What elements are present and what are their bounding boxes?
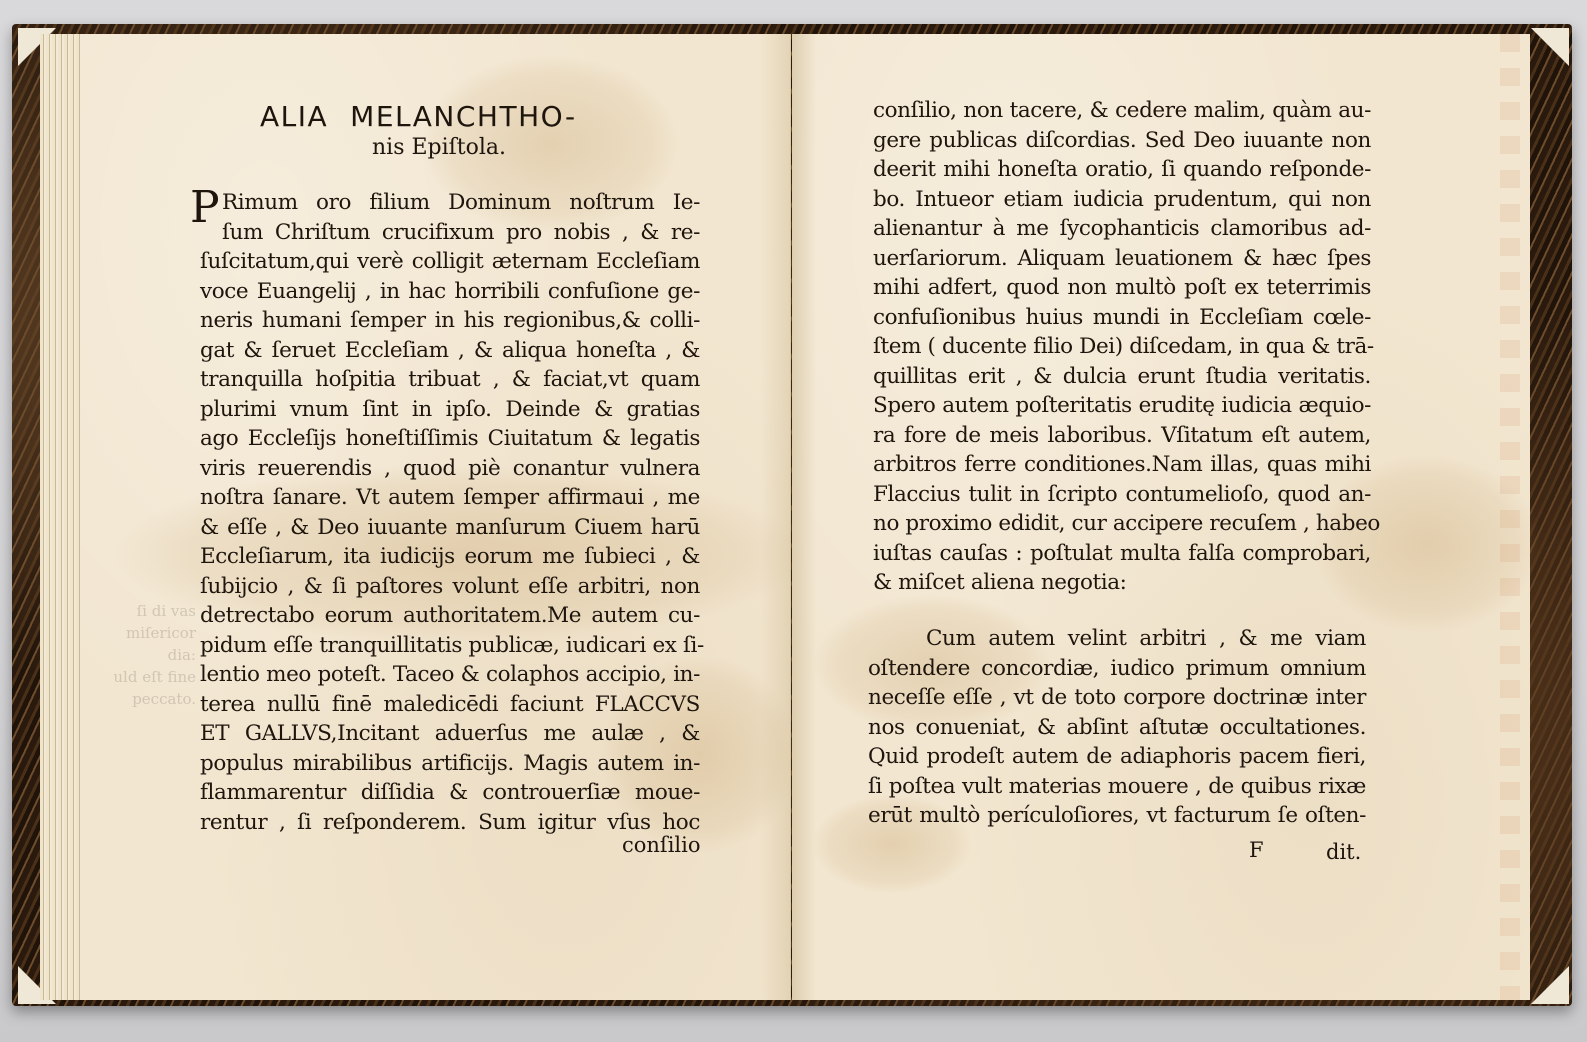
left-page-body: PRimum oro filium Dominum noſtrum Ie- ſu… <box>200 188 700 837</box>
text-line: ſuſcitatum,qui verè colligit æternam Ecc… <box>200 247 700 277</box>
text-line: populus mirabilibus artificijs. Magis au… <box>200 749 700 779</box>
text-line: & eſſe , & Deo iuuante manſurum Ciuem ha… <box>200 513 700 543</box>
text-line: & miſcet aliena negotia: <box>873 568 1371 598</box>
text-line: pidum eſſe tranquillitatis publicæ, iudi… <box>200 631 700 661</box>
bleed-through-line: miſericor <box>96 622 196 644</box>
heading-word: MELANCHTHO- <box>350 100 576 133</box>
text-line: Spero autem poſteritatis eruditę iudicia… <box>873 391 1371 421</box>
text-line: arbitros ferre conditiones.Nam illas, qu… <box>873 450 1371 480</box>
text-line: quillitas erit , & dulcia erunt ſtudia v… <box>873 362 1371 392</box>
final-word: dit. <box>1326 840 1361 864</box>
bleed-through-line: peccato. <box>96 688 196 710</box>
text-line: ſtem ( ducente filio Dei) diſcedam, in q… <box>873 332 1371 362</box>
text-line: plurimi vnum ſint in ipſo. Deinde & grat… <box>200 395 700 425</box>
text-line: no proximo edidit, cur accipere recuſem … <box>873 509 1371 539</box>
text-line: ago Eccleſijs honeſtiſſimis Ciuitatum & … <box>200 424 700 454</box>
text-line: voce Euangelij , in hac horribili confuſ… <box>200 277 700 307</box>
text-line: erūt multò perículoſiores, vt facturum ſ… <box>868 801 1366 831</box>
epistle-heading: ALIAMELANCHTHO- nis Epiſtola. <box>260 100 577 162</box>
signature-mark: F <box>1249 838 1264 862</box>
bleed-through-line: uld eſt fine <box>96 666 196 688</box>
text-line: mihi adfert, quod non multò poſt ex tete… <box>873 273 1371 303</box>
text-line: terea nullū finē maledicēdi faciunt FLAC… <box>200 690 700 720</box>
text-line: ſubijcio , & ſi paſtores volunt eſſe arb… <box>200 572 700 602</box>
text-line: bo. Intueor etiam iudicia prudentum, qui… <box>873 185 1371 215</box>
text-line: lentio meo poteſt. Taceo & colaphos acci… <box>200 660 700 690</box>
text-line: deerit mihi honeſta oratio, ſi quando re… <box>873 155 1371 185</box>
text-line: uerſariorum. Aliquam leuationem & hæc ſp… <box>873 244 1371 274</box>
text-line: ra fore de meis laboribus. Vſitatum eſt … <box>873 421 1371 451</box>
text-line: neris humani ſemper in his regionibus,& … <box>200 306 700 336</box>
right-page-paragraph-2: Cum autem velint arbitri , & me viam oſt… <box>868 624 1366 831</box>
text-line: oſtendere concordiæ, iudico primum omniu… <box>868 654 1366 684</box>
text-line: ſi poſtea vult materias mouere , de quib… <box>868 772 1366 802</box>
heading-line-2: nis Epiſtola. <box>372 134 577 162</box>
text-line: conſilio, non tacere, & cedere malim, qu… <box>873 96 1371 126</box>
heading-word: ALIA <box>260 100 328 133</box>
text-line: nos conueniat, & abſint aſtutæ occultati… <box>868 713 1366 743</box>
bleed-through-text: ſi di vas miſericor dia: uld eſt fine pe… <box>96 600 196 710</box>
text-line: Eccleſiarum, ita iudicijs eorum me ſubie… <box>200 542 700 572</box>
text-line: tranquilla hoſpitia tribuat , & faciat,v… <box>200 365 700 395</box>
text-line: alienantur à me ſycophanticis clamoribus… <box>873 214 1371 244</box>
text-line: confuſionibus huius mundi in Eccleſiam c… <box>873 303 1371 333</box>
text-line: gere publicas diſcordias. Sed Deo iuuant… <box>873 126 1371 156</box>
text-line: ET GALLVS,Incitant aduerſus me aulæ , & <box>200 719 700 749</box>
text-line: gat & ſeruet Eccleſiam , & aliqua honeſt… <box>200 336 700 366</box>
right-page-body: conſilio, non tacere, & cedere malim, qu… <box>873 96 1371 598</box>
text-line: viris reuerendis , quod piè conantur vul… <box>200 454 700 484</box>
catchword: conſilio <box>622 833 701 857</box>
text-line: Quid prodeſt autem de adiaphoris pacem f… <box>868 742 1366 772</box>
bleed-through-line: ſi di vas <box>96 600 196 622</box>
text-line: Flaccius tulit in ſcripto contumelioſo, … <box>873 480 1371 510</box>
text-line: noſtra ſanare. Vt autem ſemper affirmaui… <box>200 483 700 513</box>
text-line: ſum Chriſtum crucifixum pro nobis , & re… <box>200 218 700 248</box>
text-line: iuſtas cauſas : poſtulat multa falſa com… <box>873 539 1371 569</box>
text-line: PRimum oro filium Dominum noſtrum Ie- <box>200 188 700 218</box>
text-line-content: Rimum oro filium Dominum noſtrum Ie- <box>222 190 700 215</box>
drop-cap: P <box>190 186 219 230</box>
heading-line-1: ALIAMELANCHTHO- <box>260 100 577 134</box>
text-line: detrectabo eorum authoritatem.Me autem c… <box>200 601 700 631</box>
text-line: flammarentur diſſidia & controuerſiæ mou… <box>200 778 700 808</box>
text-line: neceſſe eſſe , vt de toto corpore doctri… <box>868 683 1366 713</box>
bleed-through-line: dia: <box>96 644 196 666</box>
text-line: Cum autem velint arbitri , & me viam <box>868 624 1366 654</box>
